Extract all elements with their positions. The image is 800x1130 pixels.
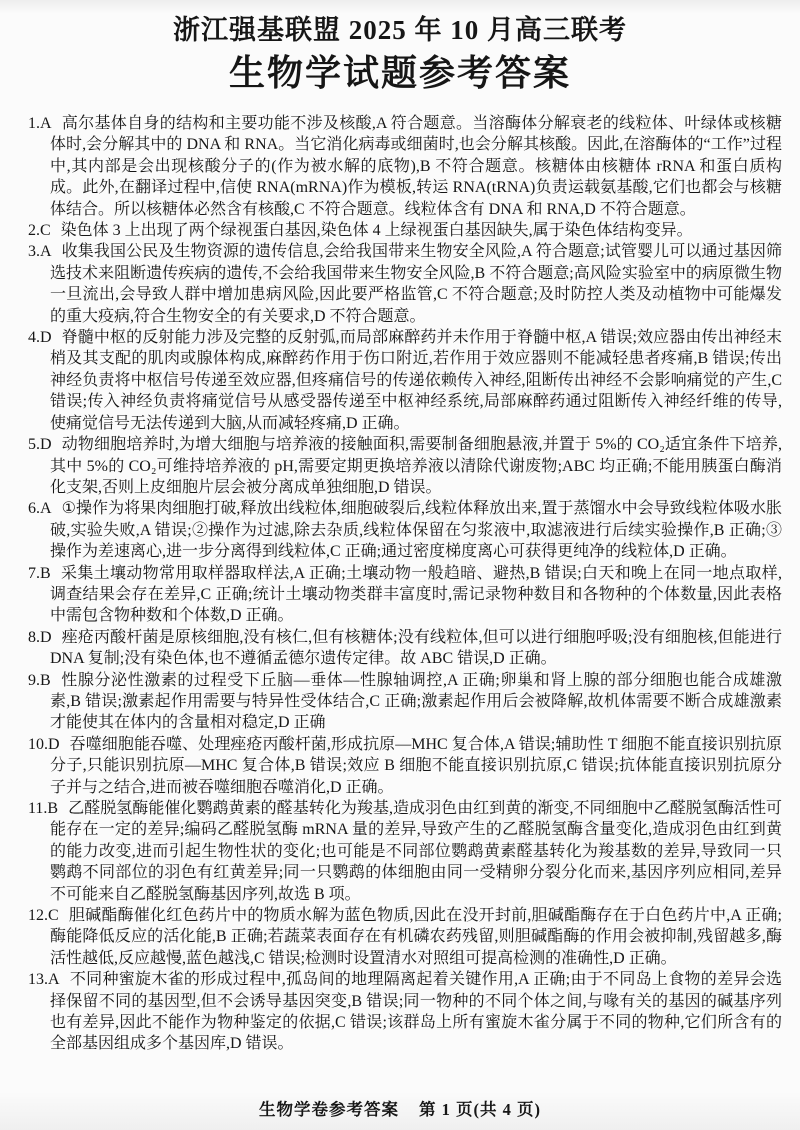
answer-label-9: 9.B [28,672,51,689]
answer-text-11: 乙醛脱氢酶能催化鹦鹉黄素的醛基转化为羧基,造成羽色由红到黄的渐变,不同细胞中乙醛… [50,800,782,903]
answer-item-4: 4.D脊髓中枢的反射能力涉及完整的反射弧,而局部麻醉药并未作用于脊髓中枢,A 错… [28,327,782,434]
answer-label-5: 5.D [28,436,52,453]
answer-item-3: 3.A收集我国公民及生物资源的遗传信息,会给我国带来生物安全风险,A 符合题意;… [28,241,782,327]
answer-text-2: 染色体 3 上出现了两个绿视蛋白基因,染色体 4 上绿视蛋白基因缺失,属于染色体… [61,222,693,239]
answer-label-1: 1.A [28,115,52,132]
answer-text-12: 胆碱酯酶催化红色药片中的物质水解为蓝色物质,因此在没开封前,胆碱酯酶存在于白色药… [50,907,782,967]
answer-text-8: 痤疮丙酸杆菌是原核细胞,没有核仁,但有核糖体;没有线粒体,但可以进行细胞呼吸;没… [50,629,782,667]
footer-page-number: 第 1 页(共 4 页) [419,1100,541,1119]
answer-label-8: 8.D [28,629,52,646]
answer-text-5: 动物细胞培养时,为增大细胞与培养液的接触面积,需要制备细胞悬液,并置于 5%的 … [50,436,782,496]
answer-item-8: 8.D痤疮丙酸杆菌是原核细胞,没有核仁,但有核糖体;没有线粒体,但可以进行细胞呼… [28,627,782,670]
exam-answer-page: 浙江强基联盟 2025 年 10 月高三联考 生物学试题参考答案 1.A高尔基体… [0,0,800,1130]
answer-item-12: 12.C胆碱酯酶催化红色药片中的物质水解为蓝色物质,因此在没开封前,胆碱酯酶存在… [28,905,782,969]
answer-item-10: 10.D吞噬细胞能吞噬、处理痤疮丙酸杆菌,形成抗原—MHC 复合体,A 错误;辅… [28,734,782,798]
answer-item-7: 7.B采集土壤动物常用取样器取样法,A 正确;土壤动物一般趋暗、避热,B 错误;… [28,563,782,627]
answers-list: 1.A高尔基体自身的结构和主要功能不涉及核酸,A 符合题意。当溶酶体分解衰老的线… [28,113,782,1055]
answer-text-13: 不同种蜜旋木雀的形成过程中,孤岛间的地理隔离起着关键作用,A 正确;由于不同岛上… [50,971,782,1052]
page-header: 浙江强基联盟 2025 年 10 月高三联考 生物学试题参考答案 [0,0,800,97]
answer-label-7: 7.B [28,565,51,582]
exam-subtitle: 生物学试题参考答案 [0,49,800,97]
answer-item-5: 5.D动物细胞培养时,为增大细胞与培养液的接触面积,需要制备细胞悬液,并置于 5… [28,434,782,498]
answer-item-13: 13.A不同种蜜旋木雀的形成过程中,孤岛间的地理隔离起着关键作用,A 正确;由于… [28,969,782,1055]
answer-label-10: 10.D [28,736,60,753]
answer-text-3: 收集我国公民及生物资源的遗传信息,会给我国带来生物安全风险,A 符合题意;试管婴… [50,243,782,324]
exam-title: 浙江强基联盟 2025 年 10 月高三联考 [0,13,800,47]
answer-label-13: 13.A [28,971,60,988]
answer-text-10: 吞噬细胞能吞噬、处理痤疮丙酸杆菌,形成抗原—MHC 复合体,A 错误;辅助性 T… [50,736,782,796]
answer-text-4: 脊髓中枢的反射能力涉及完整的反射弧,而局部麻醉药并未作用于脊髓中枢,A 错误;效… [50,329,782,432]
answer-item-6: 6.A①操作为将果肉细胞打破,释放出线粒体,细胞破裂后,线粒体释放出来,置于蒸馏… [28,498,782,562]
page-footer: 生物学卷参考答案第 1 页(共 4 页) [0,1096,800,1120]
answer-item-1: 1.A高尔基体自身的结构和主要功能不涉及核酸,A 符合题意。当溶酶体分解衰老的线… [28,113,782,220]
answer-text-9: 性腺分泌性激素的过程受下丘脑—垂体—性腺轴调控,A 正确;卵巢和肾上腺的部分细胞… [50,672,782,732]
answer-text-7: 采集土壤动物常用取样器取样法,A 正确;土壤动物一般趋暗、避热,B 错误;白天和… [50,565,782,625]
footer-doc-name: 生物学卷参考答案 [259,1100,399,1119]
answer-label-6: 6.A [28,500,52,517]
answer-item-11: 11.B乙醛脱氢酶能催化鹦鹉黄素的醛基转化为羧基,造成羽色由红到黄的渐变,不同细… [28,798,782,905]
answer-label-2: 2.C [28,222,51,239]
answer-item-9: 9.B性腺分泌性激素的过程受下丘脑—垂体—性腺轴调控,A 正确;卵巢和肾上腺的部… [28,670,782,734]
answer-label-4: 4.D [28,329,52,346]
answer-label-12: 12.C [28,907,59,924]
answer-text-1: 高尔基体自身的结构和主要功能不涉及核酸,A 符合题意。当溶酶体分解衰老的线粒体、… [50,115,782,218]
answer-text-6: ①操作为将果肉细胞打破,释放出线粒体,细胞破裂后,线粒体释放出来,置于蒸馏水中会… [50,500,782,560]
answer-item-2: 2.C染色体 3 上出现了两个绿视蛋白基因,染色体 4 上绿视蛋白基因缺失,属于… [28,220,782,241]
answer-label-3: 3.A [28,243,52,260]
answer-label-11: 11.B [28,800,58,817]
